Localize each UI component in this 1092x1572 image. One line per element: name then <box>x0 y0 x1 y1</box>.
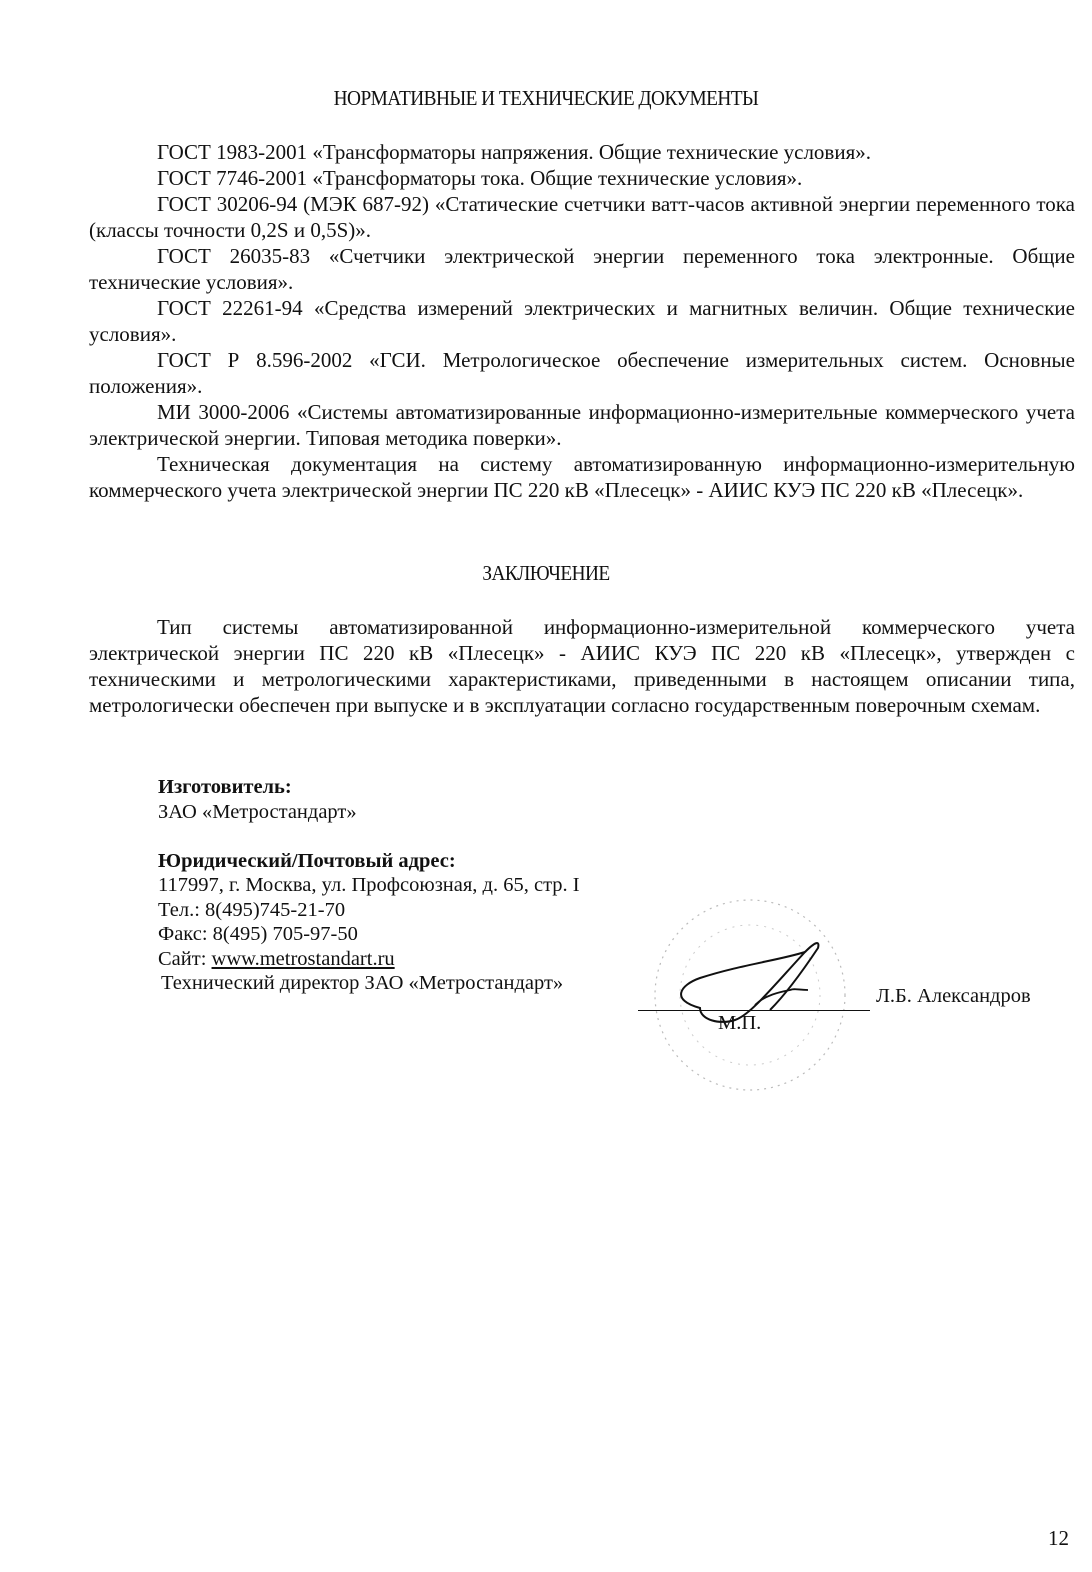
website-link[interactable]: www.metrostandart.ru <box>212 948 395 970</box>
normative-item: Техническая документация на систему авто… <box>89 451 1075 503</box>
normative-item: ГОСТ 26035-83 «Счетчики электрической эн… <box>89 243 1075 295</box>
address: 117997, г. Москва, ул. Профсоюзная, д. 6… <box>158 873 580 898</box>
fax: Факс: 8(495) 705-97-50 <box>158 922 580 947</box>
signer-name: Л.Б. Александров <box>876 985 1031 1008</box>
page-number: 12 <box>1048 1526 1069 1551</box>
signer-position: Технический директор ЗАО «Метростандарт» <box>161 971 580 996</box>
normative-item: МИ 3000-2006 «Системы автоматизированные… <box>89 399 1075 451</box>
document-page: НОРМАТИВНЫЕ И ТЕХНИЧЕСКИЕ ДОКУМЕНТЫ ГОСТ… <box>0 0 1092 1572</box>
normative-item: ГОСТ 1983-2001 «Трансформаторы напряжени… <box>89 139 1075 165</box>
normative-item: ГОСТ 30206-94 (МЭК 687-92) «Статические … <box>89 191 1075 243</box>
normative-item: ГОСТ Р 8.596-2002 «ГСИ. Метрологическое … <box>89 347 1075 399</box>
stamp-signature-icon <box>640 890 870 1110</box>
normative-item: ГОСТ 22261-94 «Средства измерений электр… <box>89 295 1075 347</box>
phone: Тел.: 8(495)745-21-70 <box>158 898 580 923</box>
website-label: Сайт: <box>158 948 212 970</box>
manufacturer-name: ЗАО «Метростандарт» <box>158 800 580 825</box>
normative-documents-list: ГОСТ 1983-2001 «Трансформаторы напряжени… <box>89 139 1075 503</box>
normative-documents-title: НОРМАТИВНЫЕ И ТЕХНИЧЕСКИЕ ДОКУМЕНТЫ <box>44 86 1049 111</box>
signature-line <box>638 1010 870 1011</box>
manufacturer-label: Изготовитель: <box>158 775 580 800</box>
manufacturer-info: Изготовитель: ЗАО «Метростандарт» Юридич… <box>158 775 580 996</box>
website: Сайт: www.metrostandart.ru <box>158 947 580 972</box>
stamp-label: М.П. <box>718 1012 761 1035</box>
address-label: Юридический/Почтовый адрес: <box>158 849 580 874</box>
normative-item: ГОСТ 7746-2001 «Трансформаторы тока. Общ… <box>89 165 1075 191</box>
conclusion-title: ЗАКЛЮЧЕНИЕ <box>44 561 1049 586</box>
conclusion-text: Тип системы автоматизированной информаци… <box>89 614 1075 718</box>
conclusion-block: Тип системы автоматизированной информаци… <box>89 614 1075 718</box>
